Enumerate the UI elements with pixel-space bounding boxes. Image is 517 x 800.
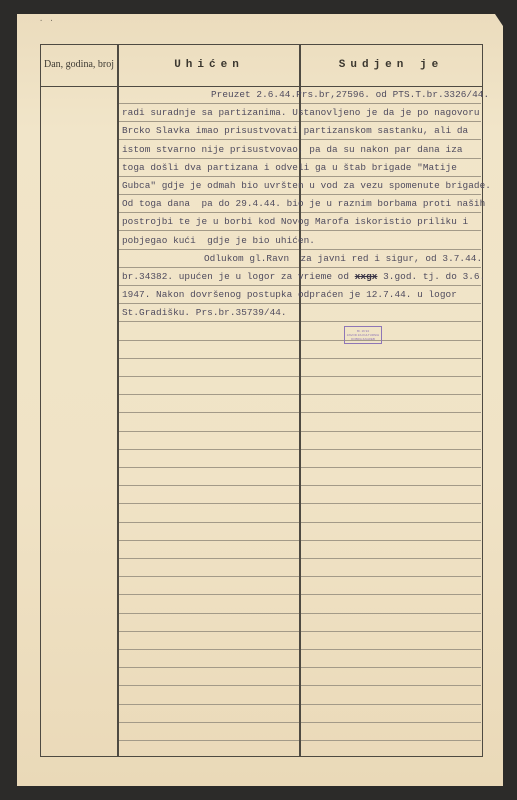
ruled-line	[119, 303, 299, 304]
typed-line: istom stvarno nije prisustvovao, pa da s…	[122, 144, 463, 156]
ruled-line	[119, 667, 299, 668]
ruled-line	[301, 285, 481, 286]
line-segment: 3.god. tj. do 3.6.	[377, 271, 485, 282]
ruled-line	[119, 212, 299, 213]
stamp-line-3: DOBRA ZAGREB	[345, 337, 381, 341]
ruled-line	[119, 230, 299, 231]
typed-line: pobjegao kući gdje je bio uhićen.	[122, 235, 315, 247]
ruled-line	[119, 576, 299, 577]
header-date-label: Dan, godina, broj	[41, 59, 117, 71]
ruled-line	[119, 412, 299, 413]
ruled-line	[301, 467, 481, 468]
ruled-line	[119, 194, 299, 195]
typed-line: 1947. Nakon dovršenog postupka odpraćen …	[122, 289, 457, 301]
ruled-line	[119, 704, 299, 705]
ruled-line	[119, 558, 299, 559]
header-date-cell: Dan, godina, broj	[41, 45, 117, 85]
ruled-line	[301, 249, 481, 250]
ruled-line	[301, 158, 481, 159]
record-table: Dan, godina, broj Uhićen Sudjen je Preuz…	[40, 44, 483, 757]
header-arrested-label: Uhićen	[174, 59, 244, 71]
ruled-line	[301, 230, 481, 231]
ruled-line	[119, 503, 299, 504]
ruled-line	[301, 103, 481, 104]
ruled-line	[119, 613, 299, 614]
ruled-line	[301, 431, 481, 432]
ruled-line	[301, 449, 481, 450]
ruled-line	[301, 740, 481, 741]
ruled-line	[119, 740, 299, 741]
typed-line: br.34382. upućen je u logor za vrieme od…	[122, 271, 485, 283]
ruled-line	[119, 321, 299, 322]
typed-line: toga došli dva partizana i odveli ga u š…	[122, 162, 457, 174]
ruled-line	[119, 540, 299, 541]
ruled-line	[301, 522, 481, 523]
ruled-line	[119, 285, 299, 286]
ruled-line	[301, 685, 481, 686]
ruled-line	[119, 376, 299, 377]
ruled-line	[119, 358, 299, 359]
ruled-line	[119, 467, 299, 468]
ruled-line	[119, 431, 299, 432]
typed-line: Od toga dana pa do 29.4.44. bio je u raz…	[122, 198, 485, 210]
ruled-line	[301, 594, 481, 595]
ruled-line	[301, 139, 481, 140]
typed-line: Gubca" gdje je odmah bio uvršten u vod z…	[122, 180, 491, 192]
ruled-line	[301, 649, 481, 650]
ruled-line	[119, 103, 299, 104]
ruled-line	[119, 485, 299, 486]
header-sentenced-cell: Sudjen je	[301, 45, 481, 85]
struck-text: xxgx	[355, 271, 378, 282]
ruled-line	[301, 558, 481, 559]
header-sentenced-label: Sudjen je	[339, 59, 443, 71]
ruled-line	[301, 121, 481, 122]
ruled-line	[301, 576, 481, 577]
ruled-line	[301, 613, 481, 614]
ruled-line	[119, 649, 299, 650]
ruled-line	[301, 722, 481, 723]
typed-line: Brcko Slavka imao prisustvovati partizan…	[122, 125, 468, 137]
ruled-line	[119, 249, 299, 250]
typed-line: St.Gradišku. Prs.br.35739/44.	[122, 307, 287, 319]
ruled-line	[301, 540, 481, 541]
ruled-line	[301, 176, 481, 177]
ruled-line	[301, 267, 481, 268]
ruled-line	[119, 594, 299, 595]
ruled-line	[119, 522, 299, 523]
line-segment: br.34382. upućen je u logor za vrieme od	[122, 271, 355, 282]
archive-stamp: Br. 16 94 ZAVOD ZA KULTURNIH DOBRA ZAGRE…	[344, 326, 382, 344]
ruled-line	[119, 340, 299, 341]
ruled-line	[119, 685, 299, 686]
typed-line: Preuzet 2.6.44.Prs.br,27596. od PTS.T.br…	[211, 89, 489, 101]
ruled-line	[301, 503, 481, 504]
ruled-line	[301, 340, 481, 341]
table-header: Dan, godina, broj Uhićen Sudjen je	[41, 45, 482, 87]
ruled-line	[119, 176, 299, 177]
ruled-line	[301, 212, 481, 213]
ruled-line	[301, 194, 481, 195]
ruled-line	[119, 722, 299, 723]
ruled-line	[301, 358, 481, 359]
typed-line: radi suradnje sa partizanima. Ustanovlje…	[122, 107, 480, 119]
ruled-line	[301, 704, 481, 705]
typed-line: Odlukom gl.Ravn za javni red i sigur, od…	[204, 253, 482, 265]
ruled-line	[119, 631, 299, 632]
typed-line: postrojbi te je u borbi kod Novog Marofa…	[122, 216, 468, 228]
document-page: . . Dan, godina, broj Uhićen Sudjen je P…	[17, 14, 503, 786]
ruled-line	[119, 158, 299, 159]
ruled-line	[119, 121, 299, 122]
ruled-line	[301, 631, 481, 632]
ruled-line	[301, 376, 481, 377]
ruled-line	[119, 267, 299, 268]
ruled-line	[301, 412, 481, 413]
ruled-line	[301, 485, 481, 486]
header-arrested-cell: Uhićen	[118, 45, 300, 85]
ruled-line	[301, 667, 481, 668]
corner-marks: . .	[39, 16, 55, 24]
ruled-line	[119, 449, 299, 450]
ruled-line	[301, 303, 481, 304]
ruled-line	[301, 321, 481, 322]
ruled-line	[119, 394, 299, 395]
ruled-line	[301, 394, 481, 395]
ruled-line	[119, 139, 299, 140]
